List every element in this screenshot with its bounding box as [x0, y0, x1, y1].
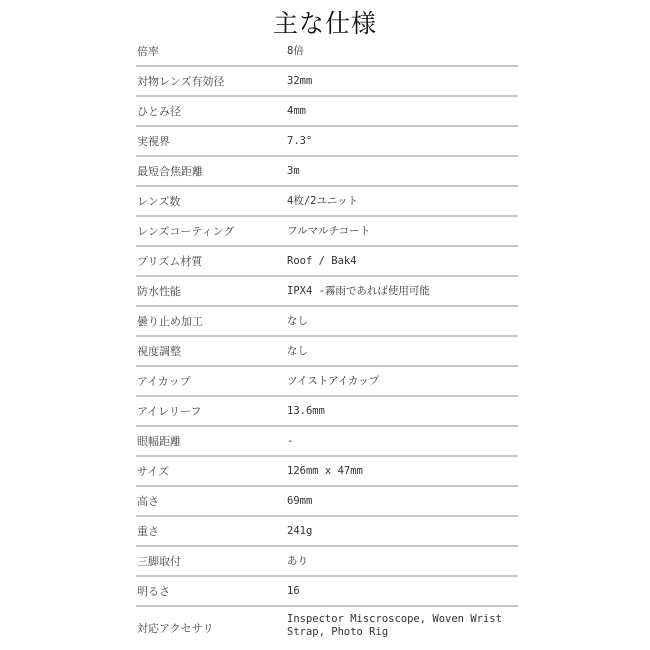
spec-label: レンズ数	[136, 187, 287, 215]
spec-label: 視度調整	[136, 337, 287, 365]
spec-label: 最短合焦距離	[136, 157, 287, 185]
spec-row-magnification: 倍率8倍	[136, 37, 518, 67]
spec-row-lens-count: レンズ数4枚/2ユニット	[136, 187, 518, 217]
spec-label: 眼幅距離	[136, 427, 287, 455]
spec-value: フルマルチコート	[287, 217, 518, 245]
spec-row-fogproof: 曇り止め加工なし	[136, 307, 518, 337]
spec-label: 倍率	[136, 37, 287, 65]
spec-row-exit-pupil: ひとみ径4mm	[136, 97, 518, 127]
spec-row-size: サイズ126mm x 47mm	[136, 457, 518, 487]
spec-row-close-focus: 最短合焦距離3m	[136, 157, 518, 187]
spec-label: アイレリーフ	[136, 397, 287, 425]
spec-value: ツイストアイカップ	[287, 367, 518, 395]
spec-value: あり	[287, 547, 518, 575]
spec-value: 4mm	[287, 97, 518, 125]
spec-label: 実視界	[136, 127, 287, 155]
spec-label: レンズコーティング	[136, 217, 287, 245]
spec-label: 曇り止め加工	[136, 307, 287, 335]
spec-value: 241g	[287, 517, 518, 545]
spec-value: 126mm x 47mm	[287, 457, 518, 485]
spec-label: 対物レンズ有効径	[136, 67, 287, 95]
spec-row-lens-coating: レンズコーティングフルマルチコート	[136, 217, 518, 247]
spec-table: 倍率8倍 対物レンズ有効径32mm ひとみ径4mm 実視界7.3° 最短合焦距離…	[136, 37, 518, 647]
spec-label: 防水性能	[136, 277, 287, 305]
spec-value: 4枚/2ユニット	[287, 187, 518, 215]
spec-value: なし	[287, 337, 518, 365]
spec-value: 16	[287, 577, 518, 605]
spec-value: -	[287, 427, 518, 455]
spec-label: プリズム材質	[136, 247, 287, 275]
spec-label: 明るさ	[136, 577, 287, 605]
spec-row-brightness: 明るさ16	[136, 577, 518, 607]
spec-label: アイカップ	[136, 367, 287, 395]
spec-value: Roof / Bak4	[287, 247, 518, 275]
spec-value: IPX4 -霧雨であれば使用可能	[287, 277, 518, 305]
spec-value: 7.3°	[287, 127, 518, 155]
spec-row-waterproof: 防水性能IPX4 -霧雨であれば使用可能	[136, 277, 518, 307]
spec-value: 3m	[287, 157, 518, 185]
spec-value: 8倍	[287, 37, 518, 65]
spec-label: 高さ	[136, 487, 287, 515]
spec-row-weight: 重さ241g	[136, 517, 518, 547]
spec-row-diopter: 視度調整なし	[136, 337, 518, 367]
spec-row-objective-diameter: 対物レンズ有効径32mm	[136, 67, 518, 97]
spec-row-height: 高さ69mm	[136, 487, 518, 517]
spec-label: 三脚取付	[136, 547, 287, 575]
spec-row-eye-relief: アイレリーフ13.6mm	[136, 397, 518, 427]
spec-label: サイズ	[136, 457, 287, 485]
spec-label: 重さ	[136, 517, 287, 545]
page-title: 主な仕様	[0, 4, 650, 40]
spec-row-ipd: 眼幅距離-	[136, 427, 518, 457]
spec-label: 対応アクセサリ	[136, 607, 287, 647]
spec-value: 32mm	[287, 67, 518, 95]
spec-row-prism-material: プリズム材質Roof / Bak4	[136, 247, 518, 277]
spec-value: 69mm	[287, 487, 518, 515]
spec-row-eyecup: アイカップツイストアイカップ	[136, 367, 518, 397]
spec-row-field-of-view: 実視界7.3°	[136, 127, 518, 157]
spec-row-accessories: 対応アクセサリInspector Miscroscope, Woven Wris…	[136, 607, 518, 647]
spec-value: なし	[287, 307, 518, 335]
spec-row-tripod: 三脚取付あり	[136, 547, 518, 577]
spec-label: ひとみ径	[136, 97, 287, 125]
spec-value: Inspector Miscroscope, Woven Wrist Strap…	[287, 607, 518, 647]
spec-value: 13.6mm	[287, 397, 518, 425]
